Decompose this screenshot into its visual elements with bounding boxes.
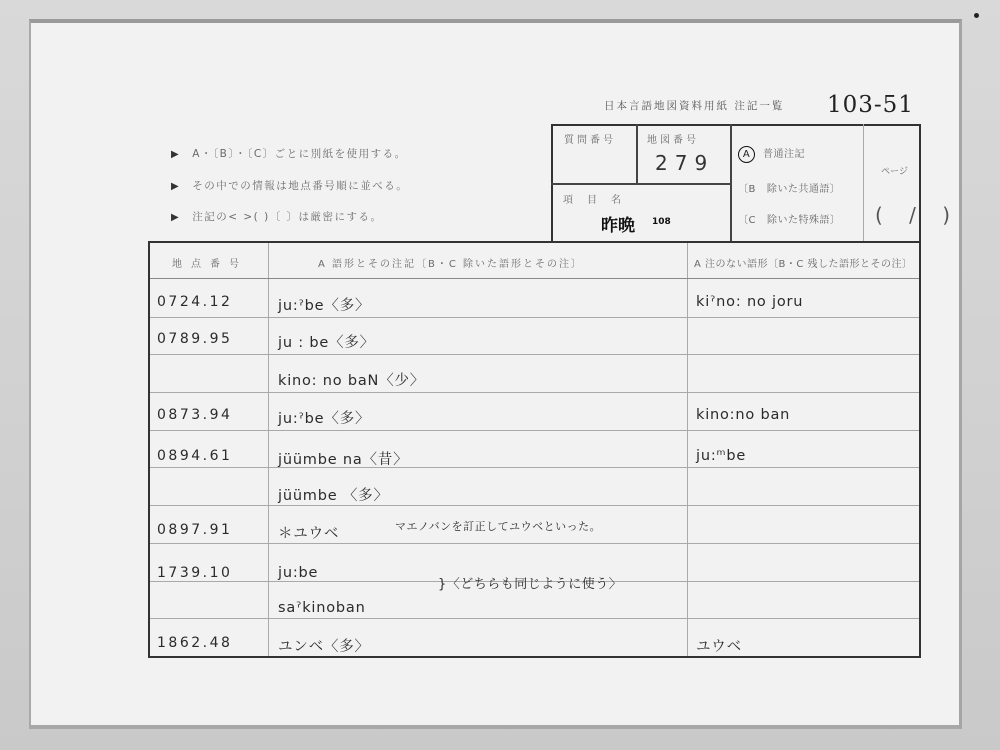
triangle-bullet-icon: ▶ bbox=[171, 212, 180, 223]
column-divider bbox=[268, 243, 269, 656]
option-a: A普通注記 bbox=[738, 145, 805, 163]
row-rule bbox=[150, 278, 919, 279]
point-number-cell: 1862.48 bbox=[157, 635, 232, 651]
form-cell: kino: no baN〈少〉 bbox=[278, 369, 425, 390]
form-cell: ju:ˀbe〈多〉 bbox=[278, 294, 370, 315]
row-rule bbox=[150, 392, 919, 393]
row-rule bbox=[150, 505, 919, 506]
point-number-cell: 0897.91 bbox=[157, 522, 232, 538]
point-number-cell: 0873.94 bbox=[157, 407, 232, 423]
row-rule bbox=[150, 354, 919, 355]
point-number-cell: 0724.12 bbox=[157, 294, 232, 310]
point-number-cell: 0894.61 bbox=[157, 448, 232, 464]
plain-form-cell: ju:ᵐbe bbox=[696, 448, 746, 464]
plain-form-cell: ユウベ bbox=[696, 635, 742, 656]
map-no-value: 279 bbox=[655, 151, 714, 175]
item-name-value: 昨晩 bbox=[601, 211, 635, 236]
divider bbox=[636, 124, 638, 184]
point-number-cell: 0789.95 bbox=[157, 331, 232, 347]
plain-form-cell: kiˀno: no joru bbox=[696, 294, 803, 310]
item-name-suffix: 108 bbox=[652, 217, 671, 227]
form-cell: ju:be bbox=[278, 565, 318, 581]
form-cell: ユンベ〈多〉 bbox=[278, 635, 370, 656]
dust-speck bbox=[974, 13, 979, 18]
header-form-b: A 注のない語形〔B・C 残した語形とその注〕 bbox=[694, 255, 913, 270]
item-name-label: 項目名 bbox=[563, 191, 635, 206]
circled-a-marker: A bbox=[738, 146, 755, 163]
form-cell: ＊ユウベ bbox=[278, 522, 339, 543]
column-divider bbox=[687, 243, 688, 656]
rule-2: ▶その中での情報は地点番号順に並べる。 bbox=[171, 178, 408, 193]
row-rule bbox=[150, 543, 919, 544]
page-label: ページ bbox=[881, 164, 908, 177]
form-cell: ju:ˀbe〈多〉 bbox=[278, 407, 370, 428]
page-value: ( / ) bbox=[875, 203, 960, 227]
form-cell: jüümbe 〈多〉 bbox=[278, 484, 389, 505]
triangle-bullet-icon: ▶ bbox=[171, 149, 180, 160]
row-rule bbox=[150, 317, 919, 318]
question-no-label: 質問番号 bbox=[564, 131, 616, 146]
point-number-cell: 1739.10 bbox=[157, 565, 232, 581]
option-c: 〔C 除いた特殊語〕 bbox=[738, 211, 841, 226]
map-no-label: 地図番号 bbox=[647, 131, 699, 146]
header-point-no: 地点番号 bbox=[172, 255, 248, 270]
form-title: 日本言語地図資料用紙 注記一覧 bbox=[604, 98, 784, 113]
form-cell: ju : be〈多〉 bbox=[278, 331, 375, 352]
row-rule bbox=[150, 430, 919, 431]
divider bbox=[863, 124, 864, 242]
form-cell: jüümbe na〈昔〉 bbox=[278, 448, 408, 469]
rule-3: ▶注記の< >( )〔 〕は厳密にする。 bbox=[171, 209, 383, 224]
form-cell: saˀkinoban bbox=[278, 600, 366, 616]
triangle-bullet-icon: ▶ bbox=[171, 181, 180, 192]
sheet-number: 103-51 bbox=[827, 92, 914, 118]
option-b: 〔B 除いた共通語〕 bbox=[738, 180, 840, 195]
plain-form-cell: kino:no ban bbox=[696, 407, 790, 423]
notes-table: 地点番号 A 語形とその注記〔B・C 除いた語形とその注〕 A 注のない語形〔B… bbox=[148, 241, 921, 658]
row-rule bbox=[150, 467, 919, 468]
note-cell: }〈どちらも同じように使う〉 bbox=[438, 573, 622, 592]
row-rule bbox=[150, 618, 919, 619]
divider bbox=[551, 183, 732, 185]
rule-1: ▶A・〔B〕・〔C〕ごとに別紙を使用する。 bbox=[171, 146, 407, 161]
note-cell: マエノバンを訂正してユウベといった。 bbox=[395, 518, 601, 534]
header-form-a: A 語形とその注記〔B・C 除いた語形とその注〕 bbox=[318, 255, 583, 270]
